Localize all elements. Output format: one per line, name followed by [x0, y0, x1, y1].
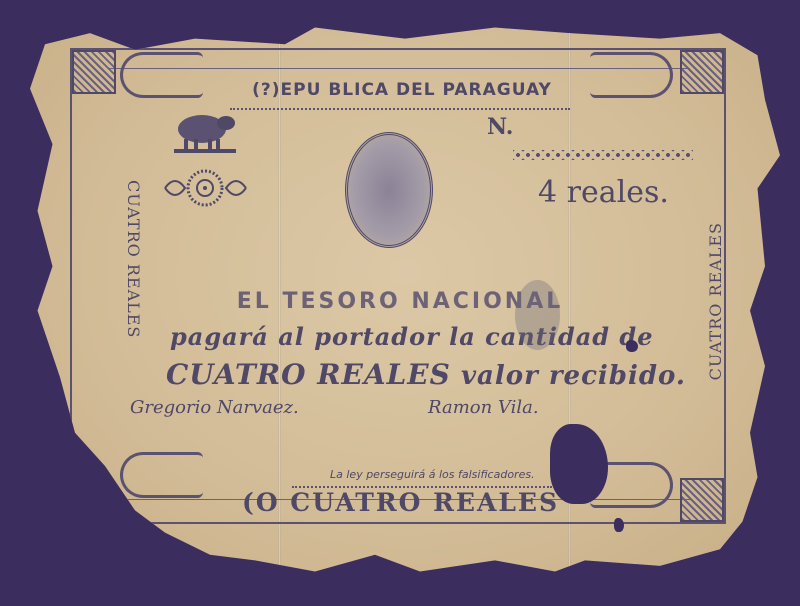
denomination-top: 4 reales. — [538, 175, 669, 210]
corner-ornament-icon — [72, 50, 116, 94]
oval-seal-icon — [345, 132, 433, 248]
small-hole — [626, 340, 638, 352]
wave-rule — [292, 480, 552, 488]
small-hole — [614, 518, 624, 532]
scroll-ornament-icon — [590, 52, 673, 98]
amount-rest: valor recibido. — [461, 361, 686, 391]
signature-left: Gregorio Narvaez. — [130, 397, 299, 418]
stain — [515, 280, 560, 350]
signature-right: Ramon Vila. — [428, 397, 539, 418]
body-line-1: pagará al portador la cantidad de — [170, 322, 653, 351]
sheep-icon — [170, 107, 240, 155]
scroll-ornament-icon — [120, 52, 203, 98]
banknote: (?)EPU BLICA DEL PARAGUAY N. 4 reales. E… — [30, 22, 780, 577]
bottom-denomination: (O CUATRO REALES — [242, 488, 559, 517]
corner-ornament-icon — [680, 50, 724, 94]
scroll-ornament-icon — [120, 452, 203, 498]
body-line-2: CUATRO REALES valor recibido. — [166, 358, 686, 391]
serial-label: N. — [487, 114, 513, 140]
wave-rule — [230, 102, 570, 110]
note-header: (?)EPU BLICA DEL PARAGUAY — [222, 80, 582, 100]
amount-bold: CUATRO REALES — [166, 358, 451, 391]
corner-ornament-icon — [680, 478, 724, 522]
side-text-left: CUATRO REALES — [124, 180, 143, 338]
rosette-icon — [163, 168, 248, 208]
dotted-band — [513, 150, 693, 160]
side-text-right: CUATRO REALES — [706, 222, 725, 380]
